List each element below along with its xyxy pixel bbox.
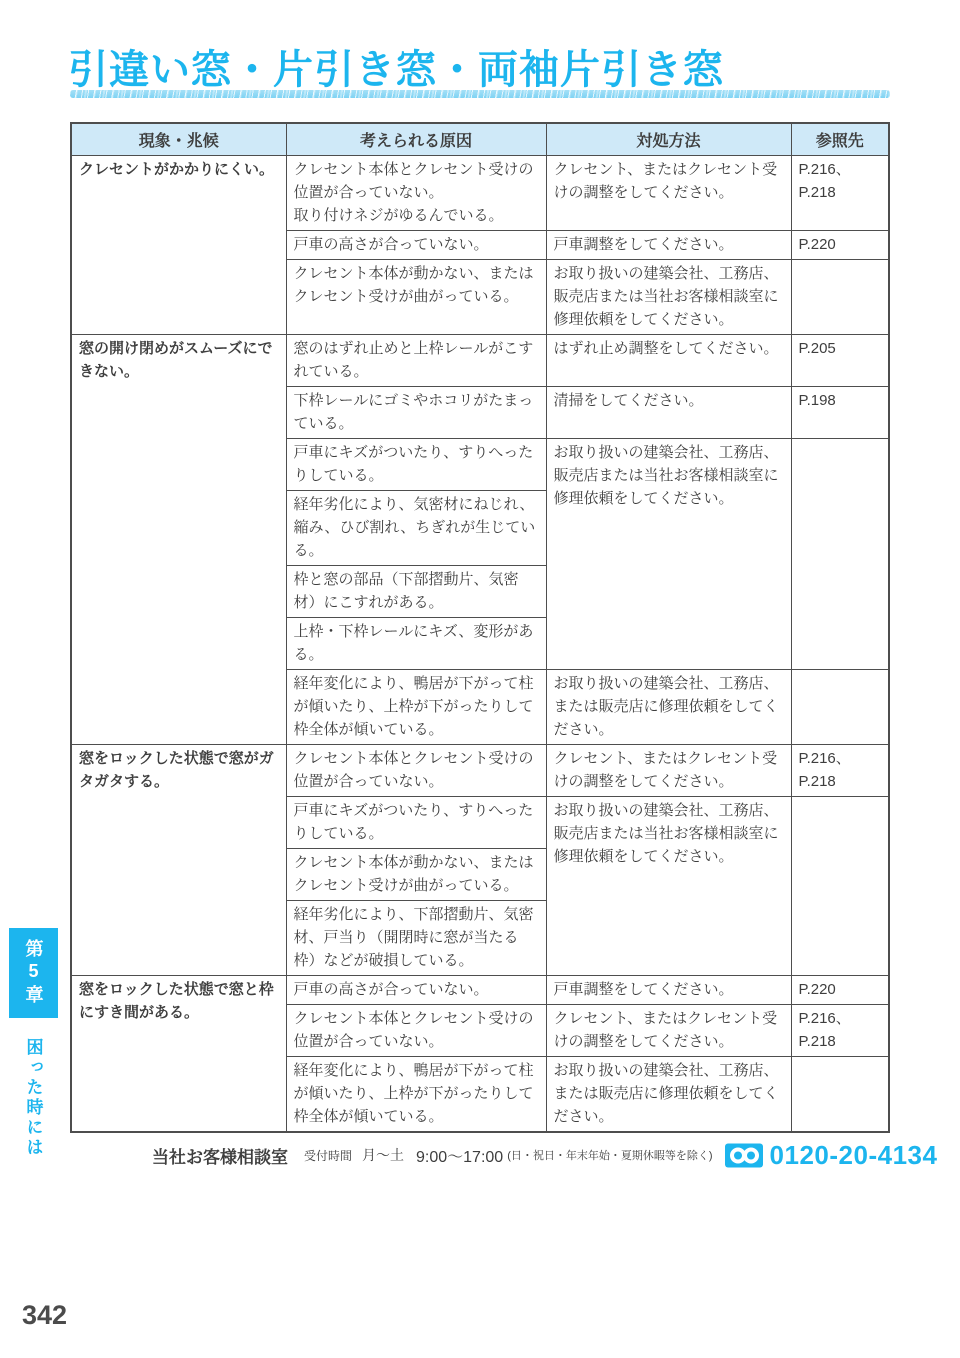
cause-cell: 窓のはずれ止めと上枠レールがこすれている。	[286, 334, 546, 386]
cause-cell: 経年変化により、鴨居が下がって柱が傾いたり、上枠が下がったりして枠全体が傾いてい…	[286, 669, 546, 744]
cause-cell: 経年変化により、鴨居が下がって柱が傾いたり、上枠が下がったりして枠全体が傾いてい…	[286, 1056, 546, 1132]
reference-cell: P.198	[791, 386, 889, 438]
cause-cell: 経年劣化により、気密材にねじれ、縮み、ひび割れ、ちぎれが生じている。	[286, 490, 546, 565]
table-row: 窓の開け閉めがスムーズにできない。 窓のはずれ止めと上枠レールがこすれている。 …	[71, 334, 889, 386]
table-row: クレセントがかかりにくい。 クレセント本体とクレセント受けの位置が合っていない。…	[71, 155, 889, 230]
action-cell: はずれ止め調整をしてください。	[546, 334, 791, 386]
page-number: 342	[22, 1300, 67, 1331]
cause-cell: 下枠レールにゴミやホコリがたまっている。	[286, 386, 546, 438]
action-cell: お取り扱いの建築会社、工務店、販売店または当社お客様相談室に修理依頼をしてくださ…	[546, 259, 791, 334]
column-header-reference: 参照先	[791, 123, 889, 155]
cause-cell: 経年劣化により、下部摺動片、気密材、戸当り（開閉時に窓が当たる枠）などが破損して…	[286, 900, 546, 975]
contact-label: 当社お客様相談室	[152, 1143, 288, 1168]
cause-cell: 戸車の高さが合っていない。	[286, 230, 546, 259]
phenomenon-cell: 窓をロックした状態で窓と枠にすき間がある。	[71, 975, 286, 1132]
troubleshooting-table: 現象・兆候 考えられる原因 対処方法 参照先 クレセントがかかりにくい。 クレセ…	[70, 122, 890, 1133]
action-cell: 清掃をしてください。	[546, 386, 791, 438]
table-row: 窓をロックした状態で窓と枠にすき間がある。 戸車の高さが合っていない。 戸車調整…	[71, 975, 889, 1004]
reference-cell: P.216、 P.218	[791, 1004, 889, 1056]
column-header-phenomenon: 現象・兆候	[71, 123, 286, 155]
cause-cell: 上枠・下枠レールにキズ、変形がある。	[286, 617, 546, 669]
contact-footer: 当社お客様相談室 受付時間 月～土 9:00～17:00 (日・祝日・年末年始・…	[152, 1138, 892, 1172]
phenomenon-cell: クレセントがかかりにくい。	[71, 155, 286, 334]
action-cell: クレセント、またはクレセント受けの調整をしてください。	[546, 155, 791, 230]
reference-cell	[791, 438, 889, 669]
freedial-icon	[725, 1142, 765, 1169]
cause-cell: 戸車の高さが合っていない。	[286, 975, 546, 1004]
reference-cell	[791, 259, 889, 334]
hours-days: 月～土	[362, 1145, 404, 1165]
cause-cell: 枠と窓の部品（下部摺動片、気密材）にこすれがある。	[286, 565, 546, 617]
action-cell: お取り扱いの建築会社、工務店、販売店または当社お客様相談室に修理依頼をしてくださ…	[546, 796, 791, 975]
chapter-tab: 第5章	[9, 928, 58, 1018]
column-header-action: 対処方法	[546, 123, 791, 155]
reference-cell	[791, 796, 889, 975]
cause-cell: クレセント本体とクレセント受けの位置が合っていない。	[286, 1004, 546, 1056]
cause-cell: クレセント本体が動かない、またはクレセント受けが曲がっている。	[286, 848, 546, 900]
phenomenon-cell: 窓をロックした状態で窓がガタガタする。	[71, 744, 286, 975]
action-cell: クレセント、またはクレセント受けの調整をしてください。	[546, 1004, 791, 1056]
reference-cell: P.216、 P.218	[791, 744, 889, 796]
table-row: 窓をロックした状態で窓がガタガタする。 クレセント本体とクレセント受けの位置が合…	[71, 744, 889, 796]
reference-cell: P.220	[791, 230, 889, 259]
reference-cell: P.220	[791, 975, 889, 1004]
phenomenon-cell: 窓の開け閉めがスムーズにできない。	[71, 334, 286, 744]
reference-cell	[791, 669, 889, 744]
action-cell: お取り扱いの建築会社、工務店、または販売店に修理依頼をしてください。	[546, 1056, 791, 1132]
action-cell: 戸車調整をしてください。	[546, 975, 791, 1004]
cause-cell: 戸車にキズがついたり、すりへったりしている。	[286, 796, 546, 848]
action-cell: 戸車調整をしてください。	[546, 230, 791, 259]
chapter-section-label: 困った時には	[17, 1038, 49, 1173]
cause-cell: クレセント本体とクレセント受けの位置が合っていない。	[286, 744, 546, 796]
reference-cell: P.216、 P.218	[791, 155, 889, 230]
cause-cell: 戸車にキズがついたり、すりへったりしている。	[286, 438, 546, 490]
cause-cell: クレセント本体が動かない、またはクレセント受けが曲がっている。	[286, 259, 546, 334]
table-header-row: 現象・兆候 考えられる原因 対処方法 参照先	[71, 123, 889, 155]
brush-underline-decoration	[70, 90, 890, 98]
hours-label: 受付時間	[304, 1147, 352, 1164]
column-header-cause: 考えられる原因	[286, 123, 546, 155]
action-cell: クレセント、またはクレセント受けの調整をしてください。	[546, 744, 791, 796]
hours-note: (日・祝日・年末年始・夏期休暇等を除く)	[507, 1147, 712, 1163]
phone-number: 0120-20-4134	[770, 1140, 938, 1171]
hours-time: 9:00～17:00	[416, 1144, 503, 1167]
action-cell: お取り扱いの建築会社、工務店、販売店または当社お客様相談室に修理依頼をしてくださ…	[546, 438, 791, 669]
cause-cell: クレセント本体とクレセント受けの位置が合っていない。 取り付けネジがゆるんでいる…	[286, 155, 546, 230]
page-title: 引違い窓・片引き窓・両袖片引き窓	[68, 38, 724, 95]
reference-cell	[791, 1056, 889, 1132]
reference-cell: P.205	[791, 334, 889, 386]
action-cell: お取り扱いの建築会社、工務店、または販売店に修理依頼をしてください。	[546, 669, 791, 744]
